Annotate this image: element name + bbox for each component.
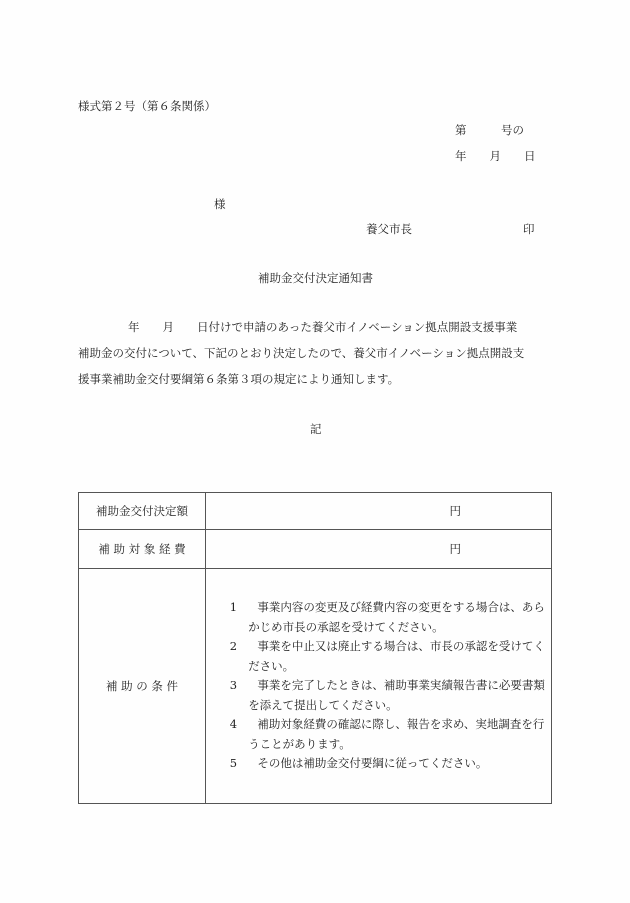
grant-table: 補助金交付決定額 円 補 助 対 象 経 費 円 補 助 の 条 件 1事業内容… — [78, 492, 552, 804]
body-line-1: 年 月 日付けで申請のあった養父市イノベーション拠点開設支援事業 — [78, 314, 558, 340]
list-item: 4補助対象経費の確認に際し、報告を求め、実地調査を行うことがあります。 — [230, 715, 548, 754]
list-item: 2事業を中止又は廃止する場合は、市長の承認を受けてください。 — [230, 637, 548, 676]
eligible-cost-field: 円 — [206, 530, 552, 569]
row-label: 補 助 対 象 経 費 — [79, 530, 206, 569]
document-title: 補助金交付決定通知書 — [258, 273, 373, 285]
table-row: 補 助 の 条 件 1事業内容の変更及び経費内容の変更をする場合は、あらかじめ市… — [79, 569, 552, 804]
document-number: 第 号の — [455, 125, 524, 137]
table-row: 補 助 対 象 経 費 円 — [79, 530, 552, 569]
seal-mark: 印 — [523, 224, 535, 236]
body-line-3: 援事業補助金交付要綱第６条第３項の規定により通知します。 — [78, 366, 558, 392]
ki-heading: 記 — [310, 424, 322, 436]
body-paragraph: 年 月 日付けで申請のあった養父市イノベーション拠点開設支援事業 補助金の交付に… — [78, 314, 558, 392]
list-item: 5その他は補助金交付要綱に従ってください。 — [230, 754, 548, 774]
form-number: 様式第２号（第６条関係） — [78, 101, 216, 113]
row-label: 補 助 の 条 件 — [79, 569, 206, 804]
row-label: 補助金交付決定額 — [79, 493, 206, 530]
conditions-list: 1事業内容の変更及び経費内容の変更をする場合は、あらかじめ市長の承認を受けてくだ… — [206, 598, 551, 774]
conditions-cell: 1事業内容の変更及び経費内容の変更をする場合は、あらかじめ市長の承認を受けてくだ… — [206, 569, 552, 804]
addressee-suffix: 様 — [214, 199, 226, 211]
issue-date: 年 月 日 — [455, 151, 536, 163]
grant-amount-field: 円 — [206, 493, 552, 530]
body-line-2: 補助金の交付について、下記のとおり決定したので、養父市イノベーション拠点開設支 — [78, 340, 558, 366]
table-row: 補助金交付決定額 円 — [79, 493, 552, 530]
issuer-name: 養父市長 — [366, 224, 412, 236]
list-item: 3事業を完了したときは、補助事業実績報告書に必要書類を添えて提出してください。 — [230, 676, 548, 715]
list-item: 1事業内容の変更及び経費内容の変更をする場合は、あらかじめ市長の承認を受けてくだ… — [230, 598, 548, 637]
